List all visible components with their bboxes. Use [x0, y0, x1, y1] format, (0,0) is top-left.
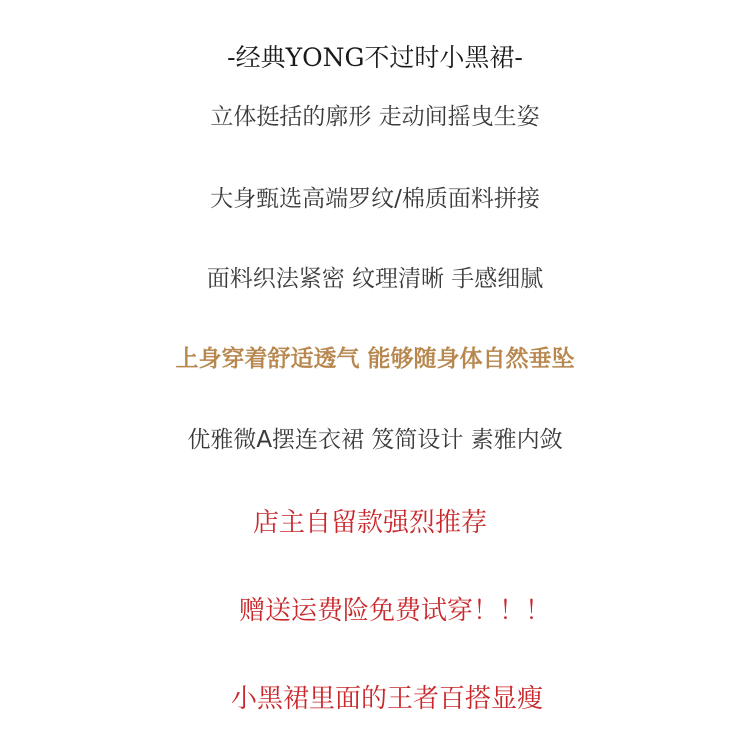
feature-line-fabric: 大身甄选高端罗纹/棉质面料拼接	[0, 180, 750, 213]
feature-line-comfort: 上身穿着舒适透气 能够随身体自然垂坠	[0, 340, 750, 373]
feature-line-texture: 面料织法紧密 纹理清晰 手感细腻	[0, 260, 750, 293]
promo-line-recommend: 店主自留款强烈推荐	[0, 502, 745, 539]
promo-line-shipping: 赠送运费险免费试穿！！！	[20, 590, 750, 627]
headline: -经典YONG不过时小黑裙-	[0, 38, 750, 74]
promo-line-slogan: 小黑裙里面的王者百搭显瘦	[12, 678, 750, 715]
feature-line-design: 优雅微A摆连衣裙 笈简设计 素雅内敛	[0, 421, 750, 454]
feature-line-silhouette: 立体挺括的廓形 走动间摇曳生姿	[0, 98, 750, 131]
